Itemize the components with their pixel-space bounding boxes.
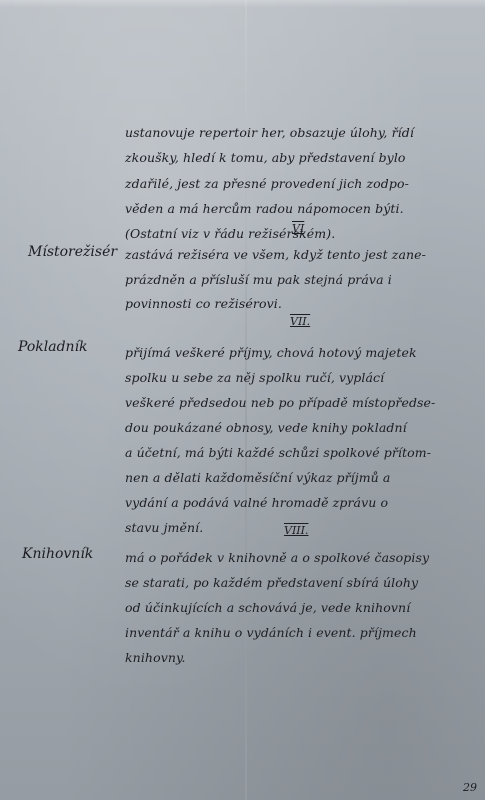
section-numeral: VI	[292, 222, 304, 235]
text-line: nen a dělati každoměsíční výkaz příjmů a	[125, 470, 390, 486]
text-line: a účetní, má býti každé schůzi spolkové …	[125, 445, 431, 461]
text-line: věden a má hercům radou nápomocen býti.	[125, 201, 404, 217]
text-line: zastává režiséra ve všem, když tento jes…	[125, 247, 426, 263]
text-line: zdařilé, jest za přesné provedení jich z…	[125, 176, 409, 192]
role-label: Pokladník	[18, 338, 88, 356]
text-line: spolku u sebe za něj spolku ručí, vyplác…	[125, 370, 384, 386]
text-line: inventář a knihu o vydáních i event. pří…	[125, 625, 417, 641]
paper-top-edge	[0, 0, 485, 8]
text-line: dou poukázané obnosy, vede knihy pokladn…	[125, 420, 407, 436]
text-line: se starati, po každém představení sbírá …	[125, 575, 418, 591]
manuscript-page: ustanovuje repertoir her, obsazuje úlohy…	[0, 0, 485, 800]
role-label: Místorežisér	[28, 243, 117, 261]
text-line: ustanovuje repertoir her, obsazuje úlohy…	[125, 125, 414, 141]
text-line: má o pořádek v knihovně a o spolkové čas…	[125, 550, 429, 566]
text-line: povinnosti co režisérovi.	[125, 296, 282, 312]
text-line: vydání a podává valné hromadě zprávu o	[125, 495, 388, 511]
text-line: veškeré předsedou neb po případě místopř…	[125, 395, 435, 411]
text-line: prázdněn a přísluší mu pak stejná práva …	[125, 272, 392, 288]
role-label: Knihovník	[22, 545, 93, 563]
text-line: zkoušky, hledí k tomu, aby představení b…	[125, 150, 406, 166]
page-number: 29	[463, 781, 477, 794]
section-numeral: VII.	[290, 315, 310, 328]
text-line: stavu jmění.	[125, 520, 203, 536]
text-line: od účinkujících a schovává je, vede knih…	[125, 600, 410, 616]
text-line: přijímá veškeré příjmy, chová hotový maj…	[125, 345, 417, 361]
text-line: knihovny.	[125, 650, 186, 666]
section-numeral: VIII.	[284, 524, 308, 537]
